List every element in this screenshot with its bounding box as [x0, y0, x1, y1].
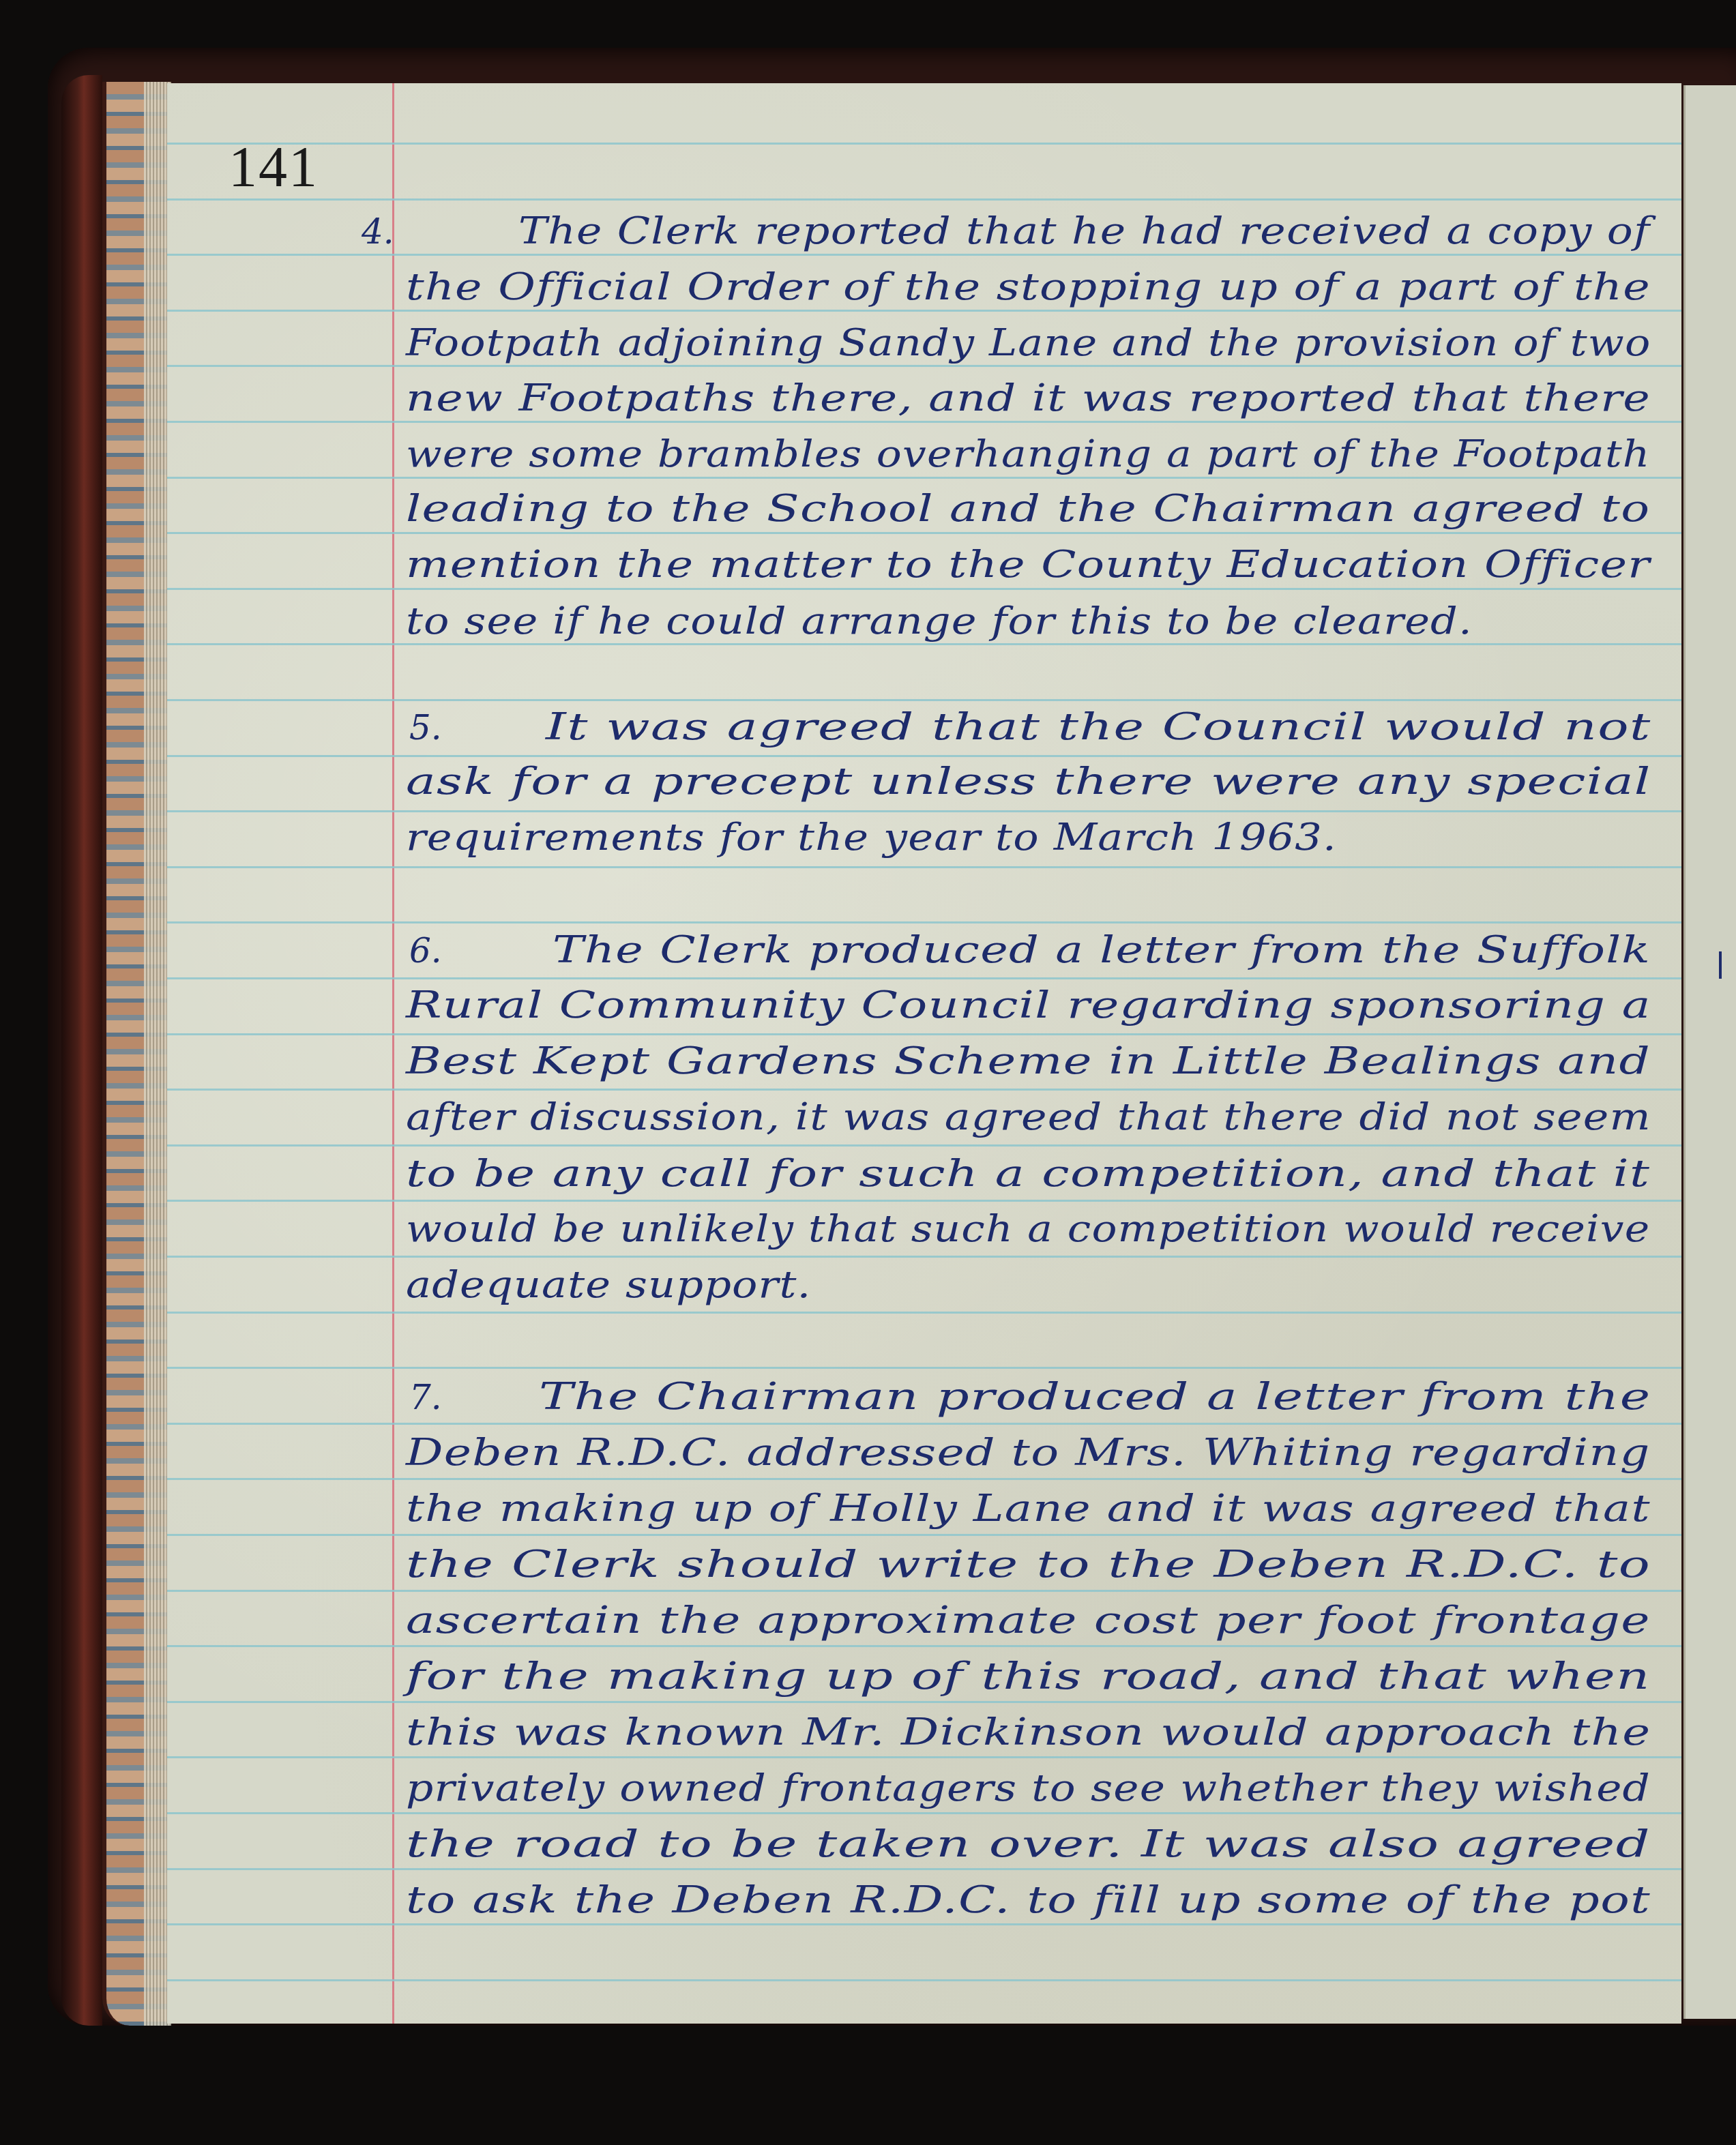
facing-page-edge: [1683, 85, 1736, 2019]
handwritten-line: mention the matter to the County Educati…: [406, 543, 1651, 586]
ruled-line: [167, 1033, 1681, 1035]
ruled-line: [167, 1423, 1681, 1425]
ruled-line: [167, 421, 1681, 423]
handwritten-line: to ask the Deben R.D.C. to fill up some …: [406, 1878, 1651, 1921]
handwritten-line: to be any call for such a competition, a…: [406, 1152, 1650, 1195]
handwritten-line: Rural Community Council regarding sponso…: [406, 983, 1651, 1026]
ruled-line: [167, 699, 1681, 701]
margin-rule: [392, 83, 394, 2024]
ruled-line: [167, 810, 1681, 812]
ruled-line: [167, 1478, 1681, 1480]
handwritten-line: The Clerk reported that he had received …: [518, 209, 1651, 252]
item-number: 6.: [409, 931, 442, 971]
ruled-line: [167, 1812, 1681, 1814]
leather-binding: [61, 75, 102, 2026]
handwritten-line: were some brambles overhanging a part of…: [406, 432, 1651, 475]
handwritten-line: ascertain the approximate cost per foot …: [406, 1599, 1651, 1642]
ruled-line: [167, 1089, 1681, 1091]
handwritten-line: this was known Mr. Dickinson would appro…: [406, 1711, 1651, 1754]
handwritten-line: after discussion, it was agreed that the…: [406, 1095, 1651, 1138]
ruled-line: [167, 310, 1681, 312]
ruled-line: [167, 198, 1681, 201]
handwritten-line: the road to be taken over. It was also a…: [406, 1822, 1651, 1865]
ruled-line: [167, 365, 1681, 367]
ruled-line: [167, 755, 1681, 757]
handwritten-line: leading to the School and the Chairman a…: [406, 487, 1650, 530]
ruled-line: [167, 1144, 1681, 1147]
ruled-line: [167, 1367, 1681, 1369]
ruled-line: [167, 1923, 1681, 1925]
ruled-line: [167, 866, 1681, 868]
ruled-line: [167, 1701, 1681, 1703]
ruled-line: [167, 1979, 1681, 1981]
handwritten-line: The Chairman produced a letter from the: [539, 1375, 1651, 1418]
ruled-line: [167, 977, 1681, 979]
ruled-line: [167, 532, 1681, 534]
handwritten-line: ask for a precept unless there were any …: [406, 760, 1651, 803]
handwritten-line: adequate support.: [406, 1263, 811, 1306]
ruled-line: [167, 143, 1681, 145]
item-number: 7.: [409, 1378, 442, 1417]
handwritten-line: for the making up of this road, and that…: [406, 1655, 1651, 1698]
handwritten-line: new Footpaths there, and it was reported…: [406, 376, 1651, 419]
margin-mark: [1719, 951, 1722, 979]
ruled-line: [167, 1534, 1681, 1536]
handwritten-line: privately owned frontagers to see whethe…: [406, 1766, 1651, 1809]
ruled-line: [167, 1868, 1681, 1870]
handwritten-line: Best Kept Gardens Scheme in Little Beali…: [406, 1039, 1651, 1082]
handwritten-line: Deben R.D.C. addressed to Mrs. Whiting r…: [406, 1431, 1650, 1474]
handwritten-line: It was agreed that the Council would not: [546, 705, 1651, 748]
ledger-page: 141 4.The Clerk reported that he had rec…: [167, 83, 1681, 2024]
handwritten-line: the Official Order of the stopping up of…: [406, 265, 1651, 308]
handwritten-line: to see if he could arrange for this to b…: [406, 600, 1473, 642]
ruled-line: [167, 1312, 1681, 1314]
marbled-page-edges: [102, 82, 171, 2026]
ruled-line: [167, 254, 1681, 256]
handwritten-line: the Clerk should write to the Deben R.D.…: [406, 1543, 1651, 1586]
item-number: 4.: [362, 212, 394, 252]
handwritten-line: the making up of Holly Lane and it was a…: [406, 1487, 1651, 1530]
ruled-line: [167, 1256, 1681, 1258]
ruled-line: [167, 643, 1681, 645]
handwritten-line: requirements for the year to March 1963.: [406, 816, 1337, 859]
handwritten-line: would be unlikely that such a competitio…: [406, 1207, 1650, 1250]
ruled-line: [167, 921, 1681, 923]
ruled-line: [167, 1645, 1681, 1647]
ruled-line: [167, 477, 1681, 479]
handwritten-line: Footpath adjoining Sandy Lane and the pr…: [406, 321, 1651, 364]
item-number: 5.: [409, 708, 442, 748]
handwritten-line: The Clerk produced a letter from the Suf…: [553, 928, 1651, 971]
ruled-line: [167, 1590, 1681, 1592]
ruled-line: [167, 1756, 1681, 1758]
ruled-line: [167, 588, 1681, 590]
ruled-line: [167, 1200, 1681, 1202]
